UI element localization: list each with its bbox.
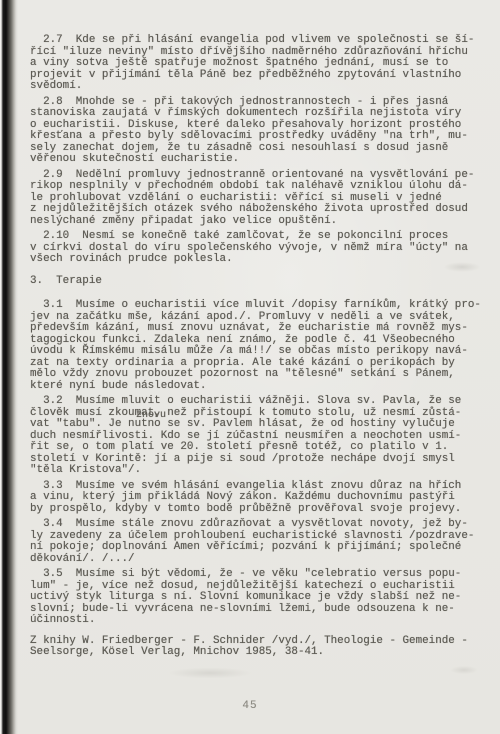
paragraph-3-5: 3.5 Musíme si být vědomi, že - ve věku "… bbox=[30, 569, 496, 627]
paragraph-3-1: 3.1 Musíme o eucharistii více mluvit /do… bbox=[30, 300, 496, 392]
paragraph-3-3: 3.3 Musíme ve svém hlásání evangelia klá… bbox=[30, 481, 496, 516]
paragraph-3-2-text: 3.2 Musíme mluvit o eucharistii vážněji.… bbox=[30, 396, 496, 477]
scanned-document-page: 2.7 Kde se při hlásání evangelia pod vli… bbox=[0, 0, 500, 734]
paragraph-3-4: 3.4 Musíme stále znovu zdůrazňovat a vys… bbox=[30, 519, 496, 565]
paragraph-3-2: 3.2 Musíme mluvit o eucharistii vážněji.… bbox=[30, 396, 496, 477]
paragraph-2-9: 2.9 Nedělní promluvy jednostranně orient… bbox=[30, 170, 496, 228]
source-citation: Z knihy W. Friedberger - F. Schnider /vy… bbox=[30, 636, 496, 659]
paragraph-2-8: 2.8 Mnohde se - při takových jednostrann… bbox=[30, 97, 496, 166]
binding-edge-shadow bbox=[0, 0, 18, 734]
paragraph-2-10: 2.10 Nesmí se konečně také zamlčovat, že… bbox=[30, 231, 496, 266]
typed-insertion-znovu: znovu bbox=[136, 411, 166, 421]
paragraph-2-7: 2.7 Kde se při hlásání evangelia pod vli… bbox=[30, 35, 496, 93]
section-heading-terapie: 3. Terapie bbox=[30, 276, 496, 288]
page-number: 45 bbox=[30, 701, 470, 713]
page-text-column: 2.7 Kde se při hlásání evangelia pod vli… bbox=[30, 0, 496, 712]
